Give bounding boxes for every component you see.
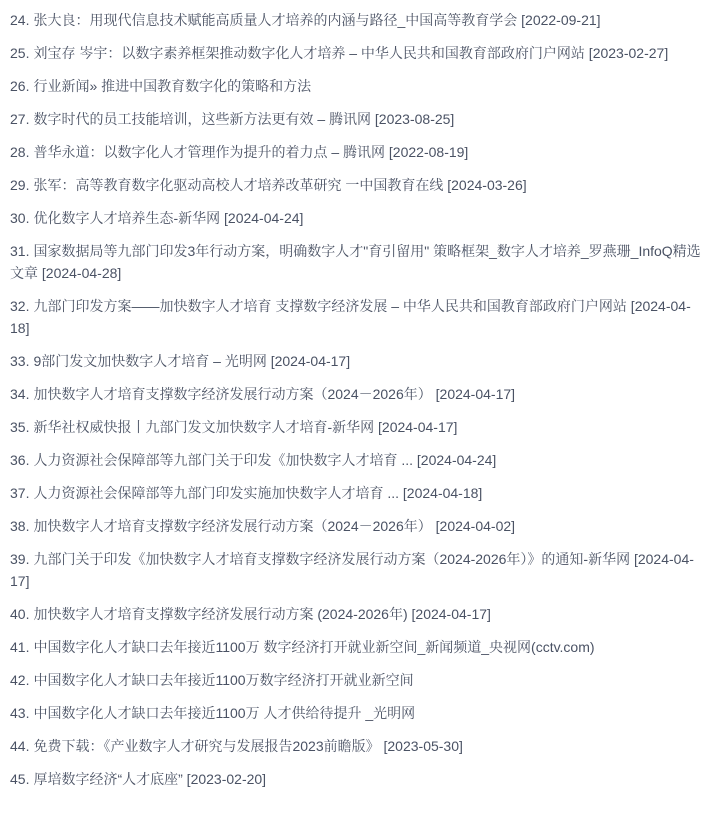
item-text: 免费下载：《产业数字人才研究与发展报告2023前瞻版》 [2023-05-30] [33, 738, 462, 754]
item-number: 41. [10, 639, 29, 655]
item-text: 加快数字人才培育支撑数字经济发展行动方案 (2024-2026年) [2024-… [33, 606, 490, 622]
item-text: 行业新闻» 推进中国教育数字化的策略和方法 [33, 78, 311, 94]
item-number: 28. [10, 144, 29, 160]
item-number: 37. [10, 485, 29, 501]
item-number: 39. [10, 551, 29, 567]
item-text: 优化数字人才培养生态-新华网 [2024-04-24] [33, 210, 303, 226]
item-number: 44. [10, 738, 29, 754]
list-item: 32.九部门印发方案——加快数字人才培育 支撑数字经济发展 – 中华人民共和国教… [10, 295, 706, 339]
list-item: 29.张军：高等教育数字化驱动高校人才培养改革研究 一中国教育在线 [2024-… [10, 174, 706, 196]
item-text: 中国数字化人才缺口去年接近1100万数字经济打开就业新空间 [33, 672, 413, 688]
item-text: 国家数据局等九部门印发3年行动方案，明确数字人才"育引留用" 策略框架_数字人才… [10, 243, 701, 281]
item-number: 35. [10, 419, 29, 435]
item-number: 43. [10, 705, 29, 721]
item-number: 34. [10, 386, 29, 402]
item-text: 数字时代的员工技能培训，这些新方法更有效 – 腾讯网 [2023-08-25] [33, 111, 454, 127]
item-number: 40. [10, 606, 29, 622]
list-item: 26.行业新闻» 推进中国教育数字化的策略和方法 [10, 75, 706, 97]
item-text: 加快数字人才培育支撑数字经济发展行动方案（2024－2026年） [2024-0… [33, 518, 515, 534]
list-item: 42.中国数字化人才缺口去年接近1100万数字经济打开就业新空间 [10, 669, 706, 691]
list-item: 45.厚培数字经济“人才底座” [2023-02-20] [10, 768, 706, 790]
item-text: 人力资源社会保障部等九部门关于印发《加快数字人才培育 ... [2024-04-… [33, 452, 496, 468]
list-item: 37.人力资源社会保障部等九部门印发实施加快数字人才培育 ... [2024-0… [10, 482, 706, 504]
item-text: 中国数字化人才缺口去年接近1100万 数字经济打开就业新空间_新闻频道_央视网(… [33, 639, 594, 655]
item-number: 38. [10, 518, 29, 534]
list-item: 30.优化数字人才培养生态-新华网 [2024-04-24] [10, 207, 706, 229]
item-text: 人力资源社会保障部等九部门印发实施加快数字人才培育 ... [2024-04-1… [33, 485, 482, 501]
list-item: 40.加快数字人才培育支撑数字经济发展行动方案 (2024-2026年) [20… [10, 603, 706, 625]
item-text: 九部门关于印发《加快数字人才培育支撑数字经济发展行动方案（2024-2026年）… [10, 551, 694, 589]
item-text: 张大良：用现代信息技术赋能高质量人才培养的内涵与路径_中国高等教育学会 [202… [33, 12, 600, 28]
item-text: 9部门发文加快数字人才培育 – 光明网 [2024-04-17] [33, 353, 350, 369]
item-number: 32. [10, 298, 29, 314]
list-item: 33.9部门发文加快数字人才培育 – 光明网 [2024-04-17] [10, 350, 706, 372]
list-item: 34.加快数字人才培育支撑数字经济发展行动方案（2024－2026年） [202… [10, 383, 706, 405]
item-number: 33. [10, 353, 29, 369]
item-text: 刘宝存 岑宇：以数字素养框架推动数字化人才培养 – 中华人民共和国教育部政府门户… [33, 45, 668, 61]
list-item: 38.加快数字人才培育支撑数字经济发展行动方案（2024－2026年） [202… [10, 515, 706, 537]
item-text: 张军：高等教育数字化驱动高校人才培养改革研究 一中国教育在线 [2024-03-… [33, 177, 526, 193]
item-number: 42. [10, 672, 29, 688]
item-text: 加快数字人才培育支撑数字经济发展行动方案（2024－2026年） [2024-0… [33, 386, 515, 402]
list-item: 36.人力资源社会保障部等九部门关于印发《加快数字人才培育 ... [2024-… [10, 449, 706, 471]
item-number: 45. [10, 771, 29, 787]
item-number: 30. [10, 210, 29, 226]
item-text: 新华社权威快报丨九部门发文加快数字人才培育-新华网 [2024-04-17] [33, 419, 457, 435]
list-item: 24.张大良：用现代信息技术赋能高质量人才培养的内涵与路径_中国高等教育学会 [… [10, 9, 706, 31]
list-item: 39.九部门关于印发《加快数字人才培育支撑数字经济发展行动方案（2024-202… [10, 548, 706, 592]
item-text: 中国数字化人才缺口去年接近1100万 人才供给待提升 _光明网 [33, 705, 415, 721]
list-item: 43.中国数字化人才缺口去年接近1100万 人才供给待提升 _光明网 [10, 702, 706, 724]
reference-list: 24.张大良：用现代信息技术赋能高质量人才培养的内涵与路径_中国高等教育学会 [… [0, 0, 724, 805]
list-item: 28.普华永道：以数字化人才管理作为提升的着力点 – 腾讯网 [2022-08-… [10, 141, 706, 163]
item-number: 26. [10, 78, 29, 94]
list-item: 25.刘宝存 岑宇：以数字素养框架推动数字化人才培养 – 中华人民共和国教育部政… [10, 42, 706, 64]
item-text: 厚培数字经济“人才底座” [2023-02-20] [33, 771, 266, 787]
item-number: 25. [10, 45, 29, 61]
item-number: 29. [10, 177, 29, 193]
item-number: 27. [10, 111, 29, 127]
item-number: 36. [10, 452, 29, 468]
item-text: 普华永道：以数字化人才管理作为提升的着力点 – 腾讯网 [2022-08-19] [33, 144, 468, 160]
item-text: 九部门印发方案——加快数字人才培育 支撑数字经济发展 – 中华人民共和国教育部政… [10, 298, 691, 336]
list-item: 31.国家数据局等九部门印发3年行动方案，明确数字人才"育引留用" 策略框架_数… [10, 240, 706, 284]
item-number: 31. [10, 243, 29, 259]
list-item: 27.数字时代的员工技能培训，这些新方法更有效 – 腾讯网 [2023-08-2… [10, 108, 706, 130]
list-item: 35.新华社权威快报丨九部门发文加快数字人才培育-新华网 [2024-04-17… [10, 416, 706, 438]
list-item: 44.免费下载：《产业数字人才研究与发展报告2023前瞻版》 [2023-05-… [10, 735, 706, 757]
item-number: 24. [10, 12, 29, 28]
list-item: 41.中国数字化人才缺口去年接近1100万 数字经济打开就业新空间_新闻频道_央… [10, 636, 706, 658]
